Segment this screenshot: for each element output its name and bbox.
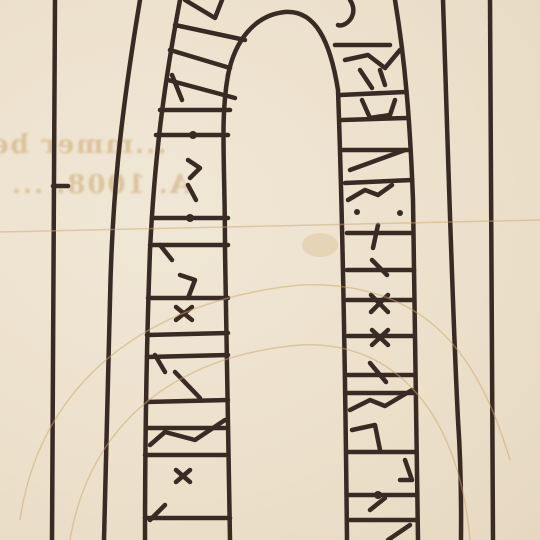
band-left-inner: [223, 75, 230, 540]
scanned-page: ...mmer be A. 1008. ...: [0, 0, 540, 540]
outer-border-right: [443, 0, 461, 540]
runestone-drawing: [0, 0, 540, 540]
frame-line-right: [490, 0, 493, 540]
outer-border-left: [104, 0, 140, 540]
left-band-runes: [150, 0, 235, 520]
frame-line-left: [52, 0, 55, 540]
band-arch-inner: [228, 12, 347, 540]
